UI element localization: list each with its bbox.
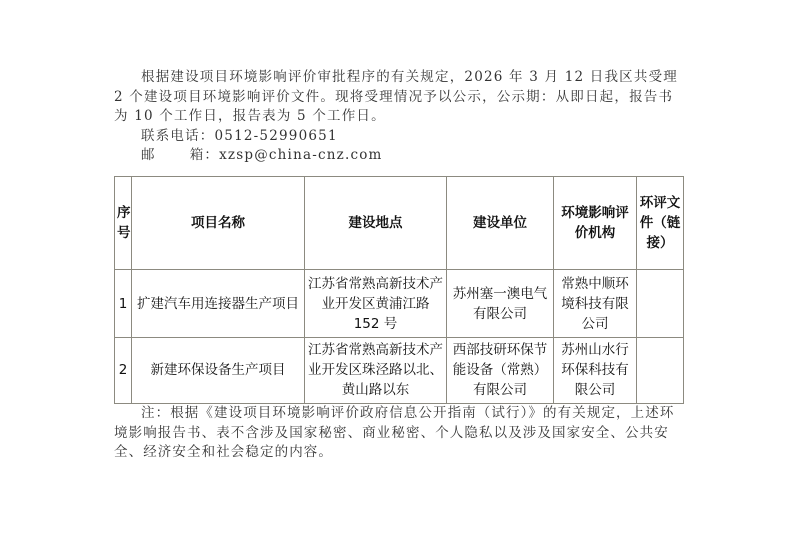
intro-paragraph: 根据建设项目环境影响评价审批程序的有关规定，2026 年 3 月 12 日我区共… [114, 68, 686, 127]
cell-location: 江苏省常熟高新技术产业开发区黄浦江路 152 号 [305, 270, 447, 337]
header-builder: 建设单位 [447, 177, 554, 270]
header-file-link: 环评文件（链接） [637, 177, 684, 270]
cell-index: 1 [115, 270, 132, 337]
cell-builder: 苏州塞一澳电气有限公司 [447, 270, 554, 337]
phone-label: 联系电话： [141, 128, 215, 144]
table-row: 2 新建环保设备生产项目 江苏省常熟高新技术产业开发区珠泾路以北、黄山路以东 西… [115, 337, 684, 403]
header-agency: 环境影响评价机构 [554, 177, 637, 270]
project-table: 序号 项目名称 建设地点 建设单位 环境影响评价机构 环评文件（链接） 1 扩建… [114, 176, 684, 404]
email-label-part2: 箱： [190, 147, 219, 163]
phone-value: 0512-52990651 [215, 128, 338, 144]
email-label-part1: 邮 [141, 147, 156, 163]
table-row: 1 扩建汽车用连接器生产项目 江苏省常熟高新技术产业开发区黄浦江路 152 号 … [115, 270, 684, 337]
cell-agency: 常熟中顺环境科技有限公司 [554, 270, 637, 337]
note-paragraph: 注：根据《建设项目环境影响评价政府信息公开指南（试行）》的有关规定，上述环境影响… [114, 404, 686, 463]
cell-location: 江苏省常熟高新技术产业开发区珠泾路以北、黄山路以东 [305, 337, 447, 403]
cell-builder: 西部技研环保节能设备（常熟）有限公司 [447, 337, 554, 403]
table-header-row: 序号 项目名称 建设地点 建设单位 环境影响评价机构 环评文件（链接） [115, 177, 684, 270]
cell-project-name: 新建环保设备生产项目 [132, 337, 305, 403]
contact-phone: 联系电话：0512-52990651 [114, 127, 686, 147]
cell-file-link[interactable] [637, 270, 684, 337]
header-project-name: 项目名称 [132, 177, 305, 270]
notice-intro: 根据建设项目环境影响评价审批程序的有关规定，2026 年 3 月 12 日我区共… [114, 68, 686, 166]
contact-email: 邮箱：xzsp@china-cnz.com [114, 146, 686, 166]
cell-file-link[interactable] [637, 337, 684, 403]
cell-project-name: 扩建汽车用连接器生产项目 [132, 270, 305, 337]
cell-agency: 苏州山水行环保科技有限公司 [554, 337, 637, 403]
email-value: xzsp@china-cnz.com [219, 147, 382, 163]
header-location: 建设地点 [305, 177, 447, 270]
disclaimer-note: 注：根据《建设项目环境影响评价政府信息公开指南（试行）》的有关规定，上述环境影响… [114, 404, 686, 463]
header-index: 序号 [115, 177, 132, 270]
cell-index: 2 [115, 337, 132, 403]
